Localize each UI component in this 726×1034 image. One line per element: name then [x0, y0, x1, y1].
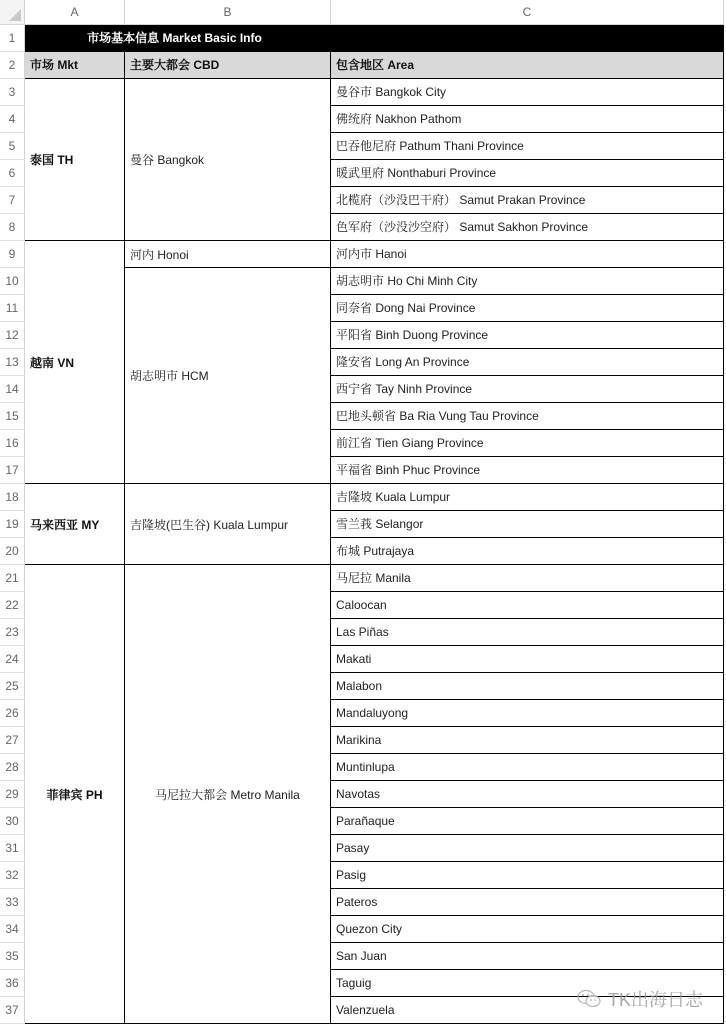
area-cell[interactable]: 佛统府 Nakhon Pathom [331, 106, 724, 133]
row-header-20[interactable]: 20 [0, 538, 25, 565]
row-header-35[interactable]: 35 [0, 943, 25, 970]
cbd-cell[interactable]: 胡志明市 HCM [125, 268, 331, 484]
spreadsheet: A B C 1234567891011121314151617181920212… [0, 0, 726, 1034]
market-cell[interactable]: 越南 VN [25, 241, 125, 484]
cbd-name: 吉隆坡(巴生谷) Kuala Lumpur [130, 516, 288, 533]
row-header-36[interactable]: 36 [0, 970, 25, 997]
area-cell[interactable]: Navotas [331, 781, 724, 808]
area-cell[interactable]: 雪兰莪 Selangor [331, 511, 724, 538]
area-cell[interactable]: Malabon [331, 673, 724, 700]
row-header-3[interactable]: 3 [0, 79, 25, 106]
area-cell[interactable]: 暖武里府 Nonthaburi Province [331, 160, 724, 187]
area-cell[interactable]: 平福省 Binh Phuc Province [331, 457, 724, 484]
row-header-19[interactable]: 19 [0, 511, 25, 538]
row-header-22[interactable]: 22 [0, 592, 25, 619]
area-cell[interactable]: 巴地头顿省 Ba Ria Vung Tau Province [331, 403, 724, 430]
cbd-cell[interactable]: 河内 Honoi [125, 241, 331, 268]
column-header-a[interactable]: A [25, 0, 125, 25]
row-header-7[interactable]: 7 [0, 187, 25, 214]
row-header-37[interactable]: 37 [0, 997, 25, 1024]
area-cell[interactable]: 河内市 Hanoi [331, 241, 724, 268]
market-name: 马来西亚 MY [30, 516, 99, 533]
area-cell[interactable]: Caloocan [331, 592, 724, 619]
cbd-name: 胡志明市 HCM [130, 367, 209, 384]
area-cell[interactable]: San Juan [331, 943, 724, 970]
row-header-14[interactable]: 14 [0, 376, 25, 403]
cbd-name: 河内 Honoi [130, 246, 189, 263]
row-header-16[interactable]: 16 [0, 430, 25, 457]
cbd-cell[interactable]: 曼谷 Bangkok [125, 79, 331, 241]
row-header-18[interactable]: 18 [0, 484, 25, 511]
row-header-25[interactable]: 25 [0, 673, 25, 700]
area-cell[interactable]: 同奈省 Dong Nai Province [331, 295, 724, 322]
area-cell[interactable]: Pateros [331, 889, 724, 916]
wechat-icon [576, 989, 604, 1009]
column-header-c[interactable]: C [331, 0, 724, 25]
market-cell[interactable]: 菲律宾 PH [25, 565, 125, 1024]
header-area[interactable]: 包含地区 Area [331, 52, 724, 79]
area-cell[interactable]: Pasig [331, 862, 724, 889]
area-cell[interactable]: 前江省 Tien Giang Province [331, 430, 724, 457]
area-cell[interactable]: 隆安省 Long An Province [331, 349, 724, 376]
area-cell[interactable]: Parañaque [331, 808, 724, 835]
market-cell[interactable]: 马来西亚 MY [25, 484, 125, 565]
row-header-13[interactable]: 13 [0, 349, 25, 376]
row-header-5[interactable]: 5 [0, 133, 25, 160]
row-header-10[interactable]: 10 [0, 268, 25, 295]
row-header-2[interactable]: 2 [0, 52, 25, 79]
row-header-31[interactable]: 31 [0, 835, 25, 862]
area-cell[interactable]: 色军府（沙没沙空府） Samut Sakhon Province [331, 214, 724, 241]
header-cbd[interactable]: 主要大都会 CBD [125, 52, 331, 79]
market-name: 越南 VN [30, 354, 74, 371]
row-header-6[interactable]: 6 [0, 160, 25, 187]
select-all-corner[interactable] [0, 0, 25, 25]
row-header-11[interactable]: 11 [0, 295, 25, 322]
row-header-15[interactable]: 15 [0, 403, 25, 430]
area-cell[interactable]: Quezon City [331, 916, 724, 943]
watermark-text: TK出海日志 [608, 986, 703, 1012]
row-header-21[interactable]: 21 [0, 565, 25, 592]
cbd-name: 曼谷 Bangkok [130, 151, 204, 168]
row-header-12[interactable]: 12 [0, 322, 25, 349]
market-name: 菲律宾 PH [46, 786, 102, 803]
row-header-4[interactable]: 4 [0, 106, 25, 133]
area-cell[interactable]: 布城 Putrajaya [331, 538, 724, 565]
title-cell[interactable]: 市场基本信息 Market Basic Info [25, 25, 724, 52]
area-cell[interactable]: 平阳省 Binh Duong Province [331, 322, 724, 349]
sheet-title: 市场基本信息 Market Basic Info [87, 31, 262, 45]
column-header-b[interactable]: B [125, 0, 331, 25]
area-cell[interactable]: Marikina [331, 727, 724, 754]
cbd-cell[interactable]: 吉隆坡(巴生谷) Kuala Lumpur [125, 484, 331, 565]
area-cell[interactable]: 马尼拉 Manila [331, 565, 724, 592]
area-cell[interactable]: 北榄府（沙没巴干府） Samut Prakan Province [331, 187, 724, 214]
market-name: 泰国 TH [30, 151, 73, 168]
area-cell[interactable]: Mandaluyong [331, 700, 724, 727]
cbd-name: 马尼拉大都会 Metro Manila [155, 786, 300, 803]
area-cell[interactable]: 巴吞他尼府 Pathum Thani Province [331, 133, 724, 160]
row-header-24[interactable]: 24 [0, 646, 25, 673]
row-header-8[interactable]: 8 [0, 214, 25, 241]
row-header-1[interactable]: 1 [0, 25, 25, 52]
area-cell[interactable]: Las Piñas [331, 619, 724, 646]
market-cell[interactable]: 泰国 TH [25, 79, 125, 241]
row-header-29[interactable]: 29 [0, 781, 25, 808]
watermark: TK出海日志 [576, 986, 703, 1012]
area-cell[interactable]: 曼谷市 Bangkok City [331, 79, 724, 106]
row-header-9[interactable]: 9 [0, 241, 25, 268]
area-cell[interactable]: Pasay [331, 835, 724, 862]
row-header-26[interactable]: 26 [0, 700, 25, 727]
row-header-32[interactable]: 32 [0, 862, 25, 889]
area-cell[interactable]: 胡志明市 Ho Chi Minh City [331, 268, 724, 295]
select-all-icon [9, 9, 21, 21]
row-header-17[interactable]: 17 [0, 457, 25, 484]
row-header-33[interactable]: 33 [0, 889, 25, 916]
area-cell[interactable]: Muntinlupa [331, 754, 724, 781]
row-header-27[interactable]: 27 [0, 727, 25, 754]
row-header-23[interactable]: 23 [0, 619, 25, 646]
area-cell[interactable]: 西宁省 Tay Ninh Province [331, 376, 724, 403]
cbd-cell[interactable]: 马尼拉大都会 Metro Manila [125, 565, 331, 1024]
header-market[interactable]: 市场 Mkt [25, 52, 125, 79]
row-header-28[interactable]: 28 [0, 754, 25, 781]
row-header-30[interactable]: 30 [0, 808, 25, 835]
area-cell[interactable]: 吉隆坡 Kuala Lumpur [331, 484, 724, 511]
area-cell[interactable]: Makati [331, 646, 724, 673]
row-header-34[interactable]: 34 [0, 916, 25, 943]
